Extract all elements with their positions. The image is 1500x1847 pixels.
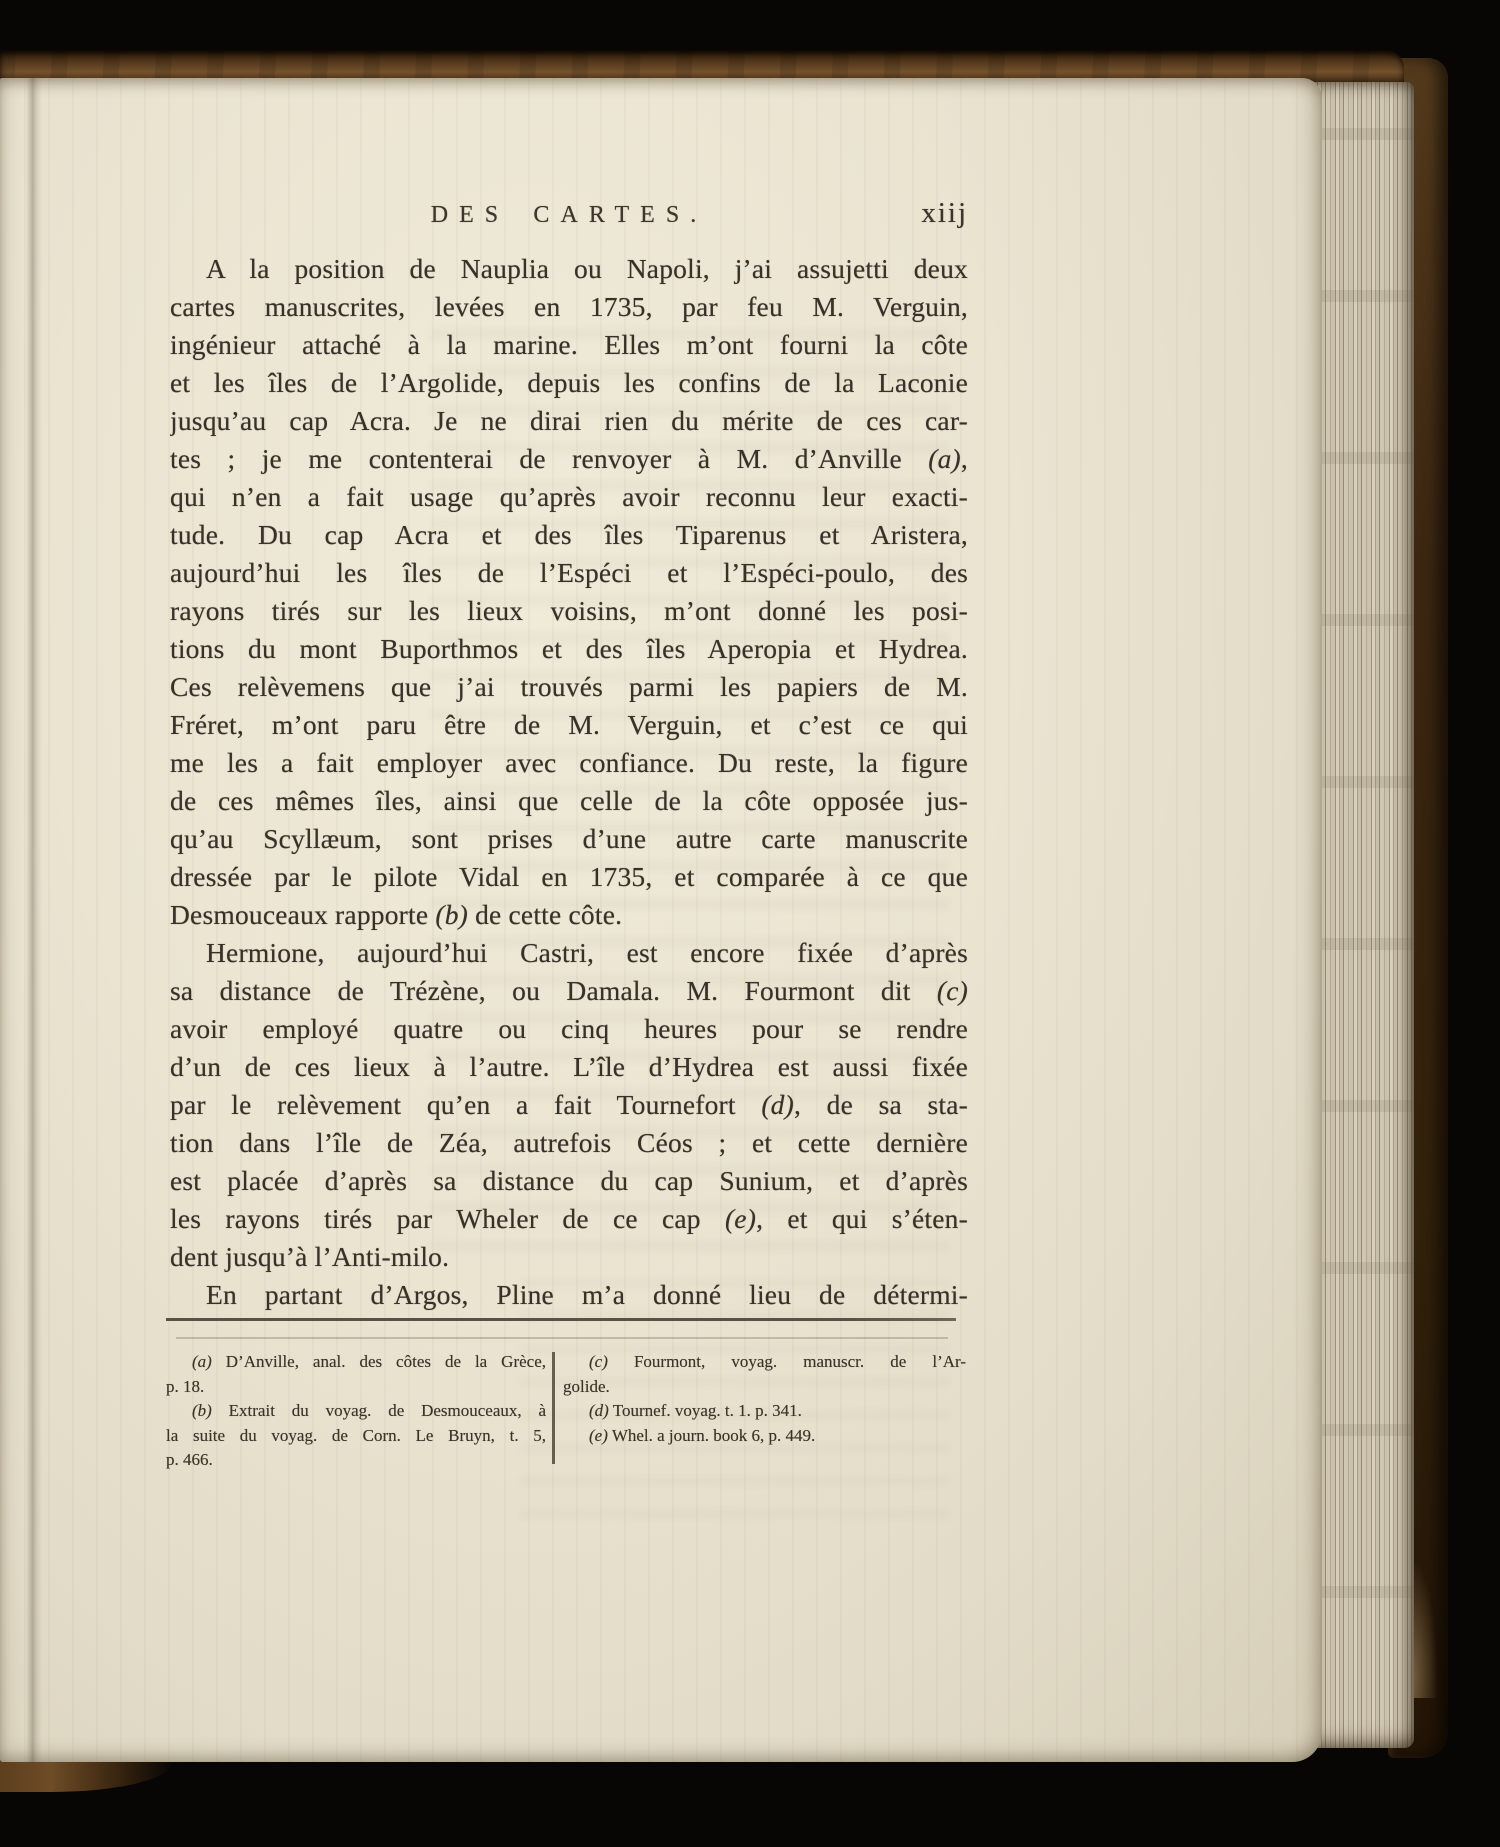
body-line: est placée d’après sa distance du cap Su…: [170, 1162, 968, 1200]
footnote-line: (b) Extrait du voyag. de Desmouceaux, à: [166, 1399, 546, 1424]
body-line: qu’au Scyllæum, sont prises d’une autre …: [170, 820, 968, 858]
footnote-rule-showthrough: [176, 1337, 948, 1339]
body-line: les rayons tirés par Wheler de ce cap (e…: [170, 1200, 968, 1238]
body-line: Hermione, aujourd’hui Castri, est encore…: [170, 934, 968, 972]
footnote-line: golide.: [563, 1375, 966, 1400]
footnote-line: la suite du voyag. de Corn. Le Bruyn, t.…: [166, 1424, 546, 1449]
body-line: me les a fait employer avec confiance. D…: [170, 744, 968, 782]
body-line: Fréret, m’ont paru être de M. Verguin, e…: [170, 706, 968, 744]
photo-background: DES CARTES. xiij A la position de Naupli…: [0, 0, 1500, 1847]
body-line: tions du mont Buporthmos et des îles Ape…: [170, 630, 968, 668]
body-line: cartes manuscrites, levées en 1735, par …: [170, 288, 968, 326]
body-line: tes ; je me contenterai de renvoyer à M.…: [170, 440, 968, 478]
footnote-line: (a) D’Anville, anal. des côtes de la Grè…: [166, 1350, 546, 1375]
body-line: rayons tirés sur les lieux voisins, m’on…: [170, 592, 968, 630]
body-text: A la position de Nauplia ou Napoli, j’ai…: [170, 250, 968, 1314]
footnote-column-divider: [552, 1352, 555, 1464]
body-line: de ces mêmes îles, ainsi que celle de la…: [170, 782, 968, 820]
body-line: par le relèvement qu’en a fait Tournefor…: [170, 1086, 968, 1124]
body-line: jusqu’au cap Acra. Je ne dirai rien du m…: [170, 402, 968, 440]
body-line: A la position de Nauplia ou Napoli, j’ai…: [170, 250, 968, 288]
body-line: tude. Du cap Acra et des îles Tiparenus …: [170, 516, 968, 554]
page-header-row: DES CARTES. xiij: [170, 202, 968, 238]
body-line: Desmouceaux rapporte (b) de cette côte.: [170, 896, 968, 934]
footnote-line: (d) Tournef. voyag. t. 1. p. 341.: [563, 1399, 966, 1424]
body-line: et les îles de l’Argolide, depuis les co…: [170, 364, 968, 402]
footnote-column-left: (a) D’Anville, anal. des côtes de la Grè…: [166, 1350, 546, 1473]
footnote-rule: [166, 1318, 956, 1321]
body-line: dressée par le pilote Vidal en 1735, et …: [170, 858, 968, 896]
body-line: dent jusqu’à l’Anti-milo.: [170, 1238, 968, 1276]
body-line: ingénieur attaché à la marine. Elles m’o…: [170, 326, 968, 364]
footnotes: (a) D’Anville, anal. des côtes de la Grè…: [166, 1350, 966, 1473]
footnote-line: p. 466.: [166, 1448, 546, 1473]
body-line: d’un de ces lieux à l’autre. L’île d’Hyd…: [170, 1048, 968, 1086]
gutter-shadow: [26, 78, 42, 1762]
running-header: DES CARTES.: [431, 202, 708, 229]
footnote-line: (e) Whel. a journ. book 6, p. 449.: [563, 1424, 966, 1449]
body-line: sa distance de Trézène, ou Damala. M. Fo…: [170, 972, 968, 1010]
body-line: Ces relèvemens que j’ai trouvés parmi le…: [170, 668, 968, 706]
body-line: En partant d’Argos, Pline m’a donné lieu…: [170, 1276, 968, 1314]
footnote-line: p. 18.: [166, 1375, 546, 1400]
body-line: tion dans l’île de Zéa, autrefois Céos ;…: [170, 1124, 968, 1162]
page-number: xiij: [921, 197, 968, 230]
body-line: qui n’en a fait usage qu’après avoir rec…: [170, 478, 968, 516]
body-line: avoir employé quatre ou cinq heures pour…: [170, 1010, 968, 1048]
body-line: aujourd’hui les îles de l’Espéci et l’Es…: [170, 554, 968, 592]
footnote-line: (c) Fourmont, voyag. manuscr. de l’Ar-: [563, 1350, 966, 1375]
book-page: DES CARTES. xiij A la position de Naupli…: [0, 78, 1322, 1762]
footnote-column-right: (c) Fourmont, voyag. manuscr. de l’Ar-go…: [563, 1350, 966, 1473]
